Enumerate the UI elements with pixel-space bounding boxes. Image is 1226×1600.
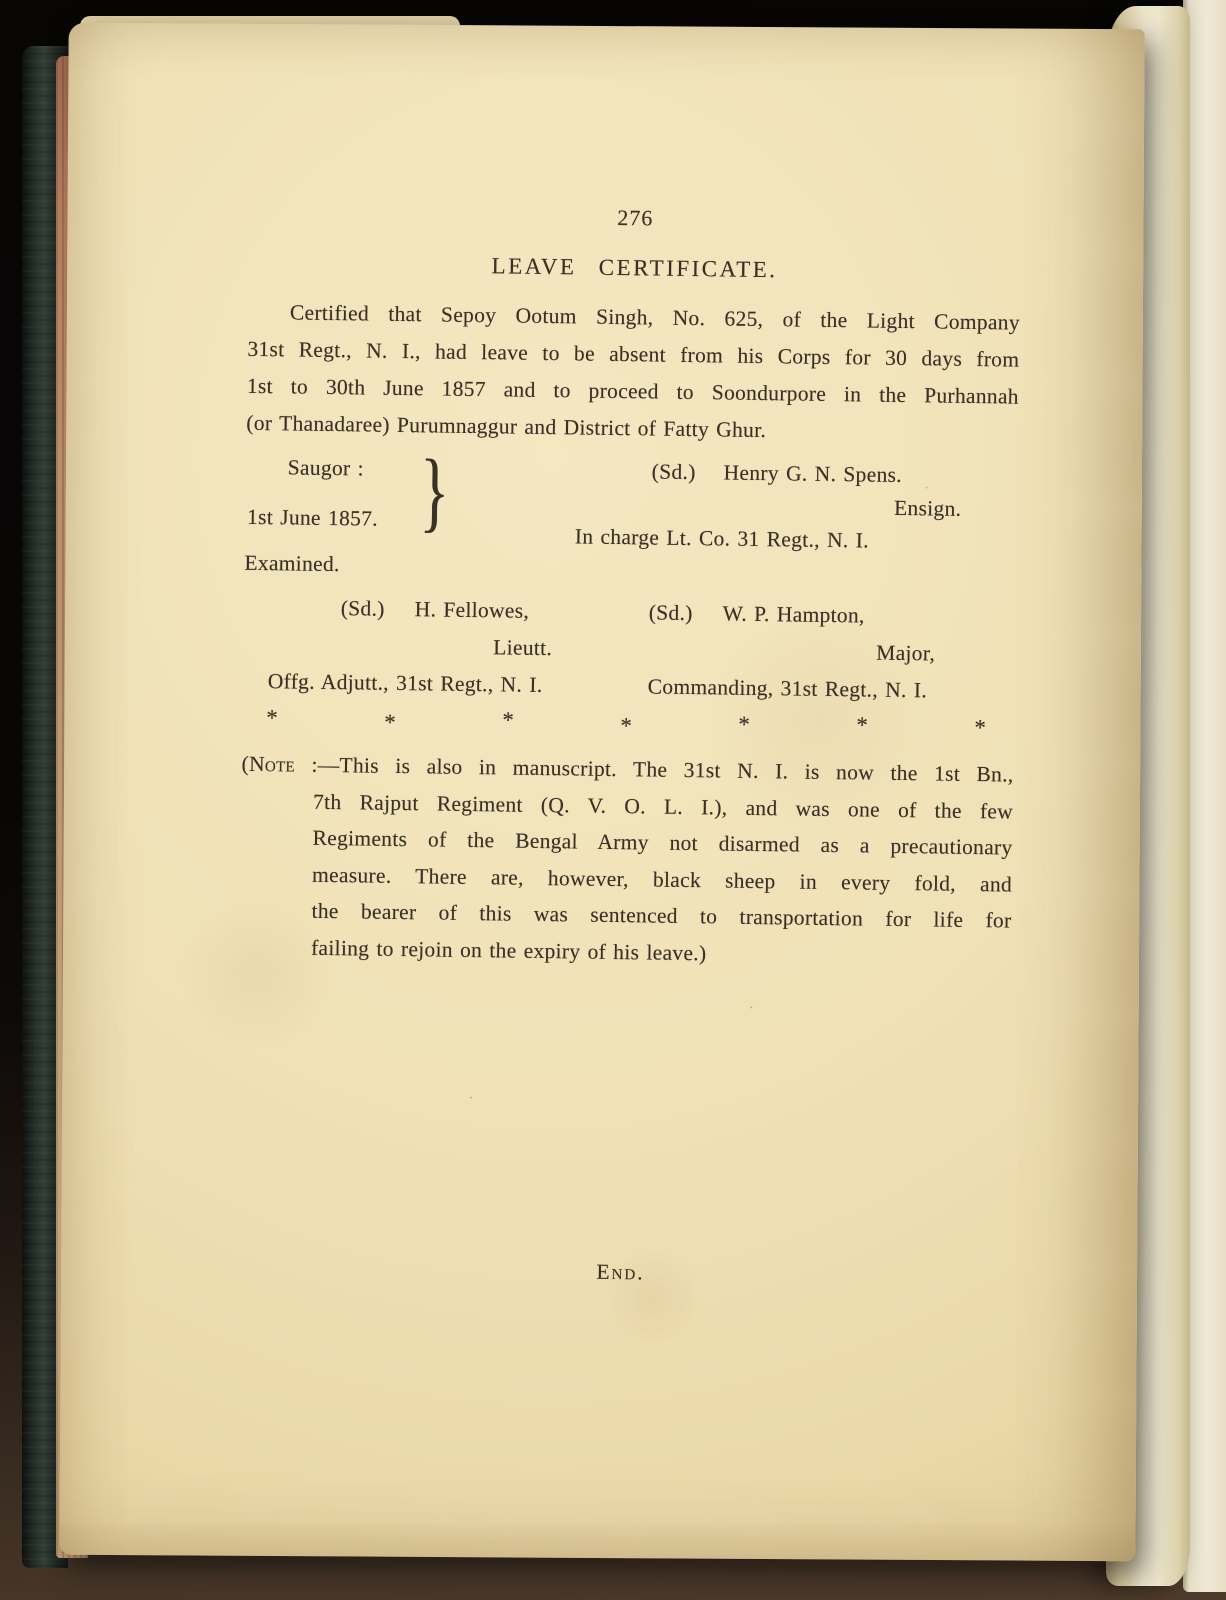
asterisk: *: [974, 710, 986, 744]
printed-text-block: 276 LEAVE CERTIFICATE. Certified that Se…: [234, 187, 1021, 1296]
signature-line: (Sd.)W. P. Hampton,: [649, 594, 1012, 636]
signer-title: Commanding, 31st Regt., N. I.: [647, 668, 1010, 710]
issue-place: Saugor :: [288, 450, 365, 486]
document-title: LEAVE CERTIFICATE.: [248, 245, 1020, 291]
note-text: :—This is also in manuscript. The 31st N…: [295, 753, 1014, 787]
issue-signature: (Sd.)Henry G. N. Spens. Ensign. In charg…: [575, 454, 1018, 559]
asterisk: *: [384, 705, 396, 739]
asterisk: *: [502, 702, 514, 736]
certificate-paragraph: Certified that Sepoy Ootum Singh, No. 62…: [246, 294, 1020, 453]
asterisk: *: [738, 707, 750, 741]
signer-name: W. P. Hampton,: [723, 601, 865, 627]
editorial-note: (Note :—This is also in manuscript. The …: [239, 746, 1014, 976]
page-number: 276: [249, 195, 1021, 241]
sd-label: (Sd.): [652, 459, 696, 484]
counter-signatures: (Sd.)H. Fellowes, Lieutt. Offg. Adjutt.,…: [243, 589, 1016, 711]
asterisk: *: [266, 700, 278, 734]
book-page: 276 LEAVE CERTIFICATE. Certified that Se…: [59, 23, 1144, 1562]
signer-name: Henry G. N. Spens.: [723, 460, 902, 486]
signer-capacity: In charge Lt. Co. 31 Regt., N. I.: [575, 520, 1017, 559]
brace-glyph: }: [419, 437, 450, 548]
issue-block: Saugor : 1st June 1857. } (Sd.)Henry G. …: [245, 448, 1018, 551]
signer-rank: Lieutt.: [268, 626, 586, 667]
issue-date: 1st June 1857.: [247, 500, 378, 537]
sd-label: (Sd.): [649, 600, 693, 625]
asterisk: *: [856, 707, 868, 741]
note-label: (Note: [241, 752, 295, 777]
signature-line: (Sd.)H. Fellowes,: [269, 589, 587, 630]
signature-left-column: (Sd.)H. Fellowes, Lieutt. Offg. Adjutt.,…: [268, 589, 588, 704]
signer-rank: Major,: [648, 631, 1011, 673]
signer-name: H. Fellowes,: [415, 597, 530, 623]
book-photograph: { "colors": { "background_top": "#070605…: [0, 0, 1226, 1600]
signer-title: Offg. Adjutt., 31st Regt., N. I.: [268, 663, 586, 704]
signature-right-column: (Sd.)W. P. Hampton, Major, Commanding, 3…: [647, 594, 1012, 710]
sd-label: (Sd.): [341, 596, 385, 621]
asterisk: *: [620, 708, 632, 742]
end-label: End.: [234, 1250, 1006, 1296]
